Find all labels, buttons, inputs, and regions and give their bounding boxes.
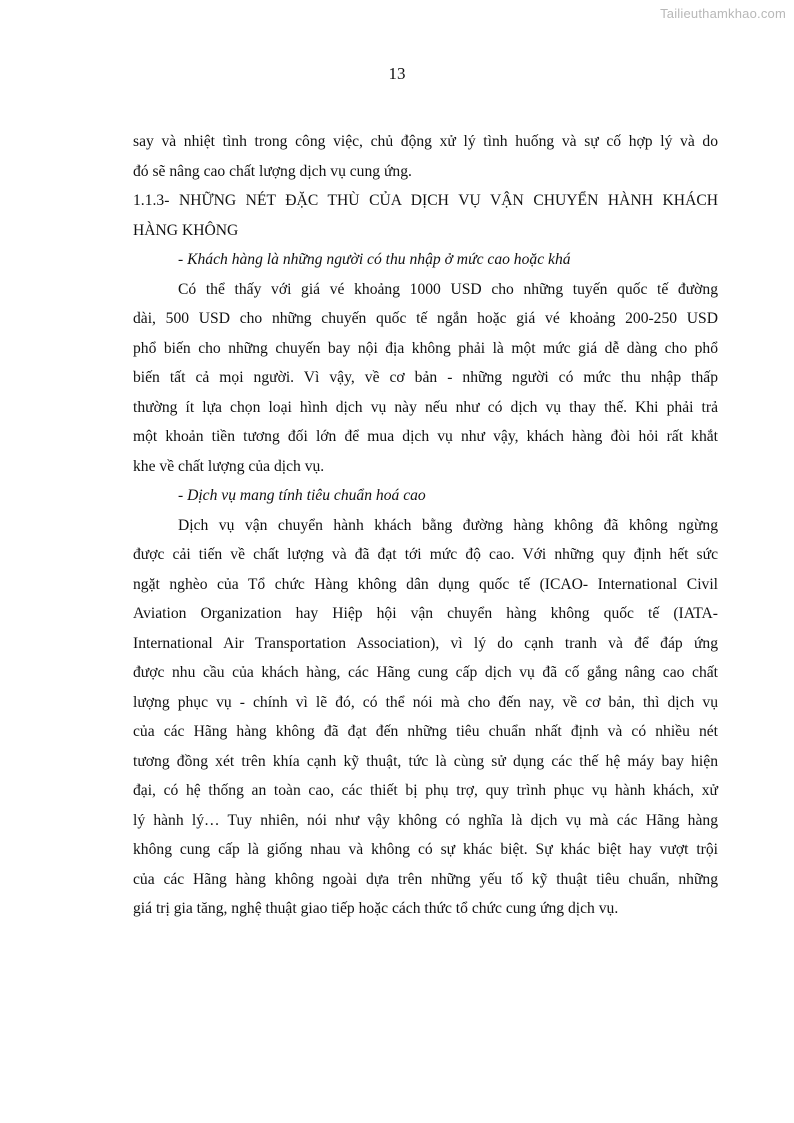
- text-line: của các Hãng hàng không ngoài dựa trên n…: [133, 869, 718, 899]
- subheading-standardization: - Dịch vụ mang tính tiêu chuẩn hoá cao: [133, 485, 718, 515]
- text-line: say và nhiệt tình trong công việc, chủ đ…: [133, 131, 718, 161]
- text-line: lý hành lý… Tuy nhiên, nói như vậy không…: [133, 810, 718, 840]
- text-line: International Air Transportation Associa…: [133, 633, 718, 663]
- text-line: Dịch vụ vận chuyển hành khách bằng đường…: [133, 515, 718, 545]
- text-line: được cải tiến về chất lượng và đã đạt tớ…: [133, 544, 718, 574]
- text-line: đó sẽ nâng cao chất lượng dịch vụ cung ứ…: [133, 161, 718, 191]
- heading-line: HÀNG KHÔNG: [133, 220, 718, 250]
- text-line: được nhu cầu của khách hàng, các Hãng cu…: [133, 662, 718, 692]
- text-line: không cung cấp là giống nhau và không có…: [133, 839, 718, 869]
- text-line: phổ biến cho những chuyến bay nội địa kh…: [133, 338, 718, 368]
- text-line: thường ít lựa chọn loại hình dịch vụ này…: [133, 397, 718, 427]
- text-line: ngặt nghèo của Tổ chức Hàng không dân dụ…: [133, 574, 718, 604]
- section-heading: 1.1.3- NHỮNG NÉT ĐẶC THÙ CỦA DỊCH VỤ VẬN…: [133, 190, 718, 249]
- document-body: say và nhiệt tình trong công việc, chủ đ…: [133, 131, 718, 928]
- heading-line: 1.1.3- NHỮNG NÉT ĐẶC THÙ CỦA DỊCH VỤ VẬN…: [133, 190, 718, 220]
- watermark: Tailieuthamkhao.com: [660, 6, 786, 21]
- paragraph-continuation: say và nhiệt tình trong công việc, chủ đ…: [133, 131, 718, 190]
- text-line: giá trị gia tăng, nghệ thuật giao tiếp h…: [133, 898, 718, 928]
- text-line: một khoản tiền tương đối lớn để mua dịch…: [133, 426, 718, 456]
- text-line: đại, có hệ thống an toàn cao, các thiết …: [133, 780, 718, 810]
- text-line: Có thể thấy với giá vé khoảng 1000 USD c…: [133, 279, 718, 309]
- text-line: Aviation Organization hay Hiệp hội vận c…: [133, 603, 718, 633]
- subheading-customers: - Khách hàng là những người có thu nhập …: [133, 249, 718, 279]
- text-line: lượng phục vụ - chính vì lẽ đó, có thể n…: [133, 692, 718, 722]
- text-line: khe về chất lượng của dịch vụ.: [133, 456, 718, 486]
- text-line: tương đồng xét trên khía cạnh kỹ thuật, …: [133, 751, 718, 781]
- paragraph-standardization: Dịch vụ vận chuyển hành khách bằng đường…: [133, 515, 718, 928]
- text-line: dài, 500 USD cho những chuyến quốc tế ng…: [133, 308, 718, 338]
- page-number: 13: [0, 64, 794, 84]
- paragraph-ticket-prices: Có thể thấy với giá vé khoảng 1000 USD c…: [133, 279, 718, 486]
- text-line: của các Hãng hàng không đã đạt đến những…: [133, 721, 718, 751]
- text-line: biến tất cả mọi người. Vì vậy, về cơ bản…: [133, 367, 718, 397]
